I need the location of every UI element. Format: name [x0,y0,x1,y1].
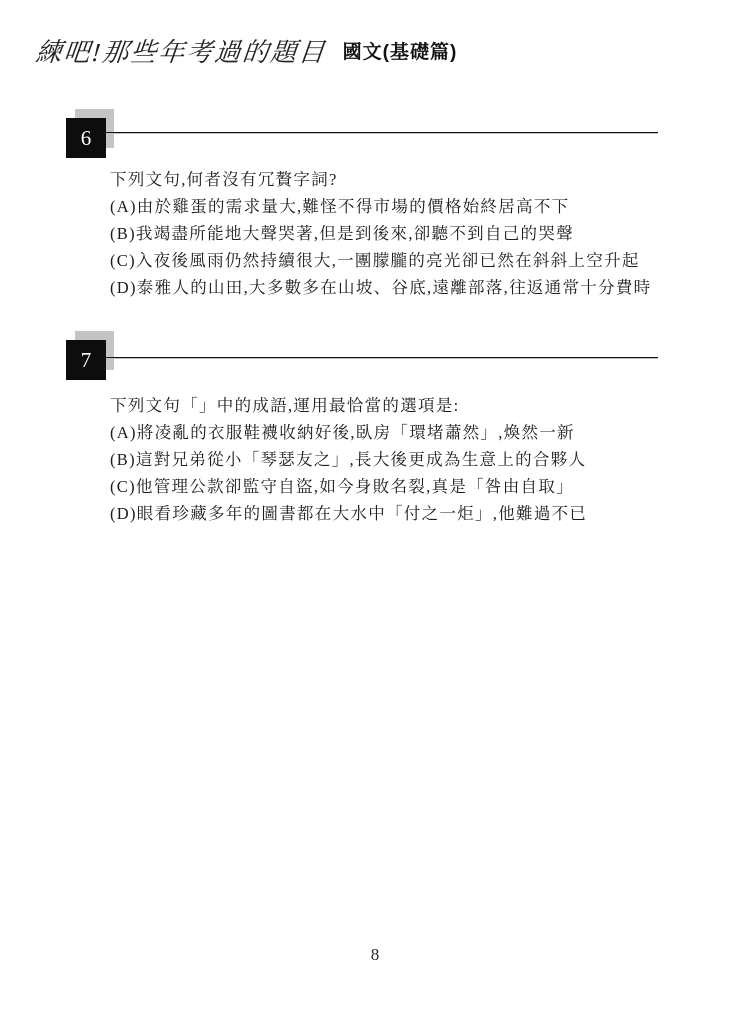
question-6-badge: 6 [66,109,118,161]
question-number: 6 [66,118,106,158]
option-a: (A)由於雞蛋的需求量大,難怪不得市場的價格始終居高不下 [110,193,690,220]
question-prompt: 下列文句「」中的成語,運用最恰當的選項是: [110,392,690,419]
question-prompt: 下列文句,何者沒有冗贅字詞? [110,166,690,193]
section-rule [106,132,658,134]
option-b: (B)這對兄弟從小「琴瑟友之」,長大後更成為生意上的合夥人 [110,446,690,473]
option-b: (B)我竭盡所能地大聲哭著,但是到後來,卻聽不到自己的哭聲 [110,220,690,247]
handwritten-title: 練吧!那些年考過的題目 [34,32,329,69]
option-a: (A)將凌亂的衣服鞋襪收納好後,臥房「環堵蕭然」,煥然一新 [110,419,690,446]
option-d: (D)眼看珍藏多年的圖書都在大水中「付之一炬」,他難過不已 [110,500,690,527]
section-rule [106,357,658,359]
question-6-block: 下列文句,何者沒有冗贅字詞? (A)由於雞蛋的需求量大,難怪不得市場的價格始終居… [110,166,690,301]
option-c: (C)入夜後風雨仍然持續很大,一團朦朧的亮光卻已然在斜斜上空升起 [110,247,690,274]
option-d: (D)泰雅人的山田,大多數多在山坡、谷底,遠離部落,往返通常十分費時 [110,274,690,301]
subject-label: 國文(基礎篇) [343,37,458,64]
page-header: 練吧!那些年考過的題目 國文(基礎篇) [36,32,457,69]
page-number: 8 [0,945,750,965]
question-7-block: 下列文句「」中的成語,運用最恰當的選項是: (A)將凌亂的衣服鞋襪收納好後,臥房… [110,392,690,527]
option-c: (C)他管理公款卻監守自盜,如今身敗名裂,真是「咎由自取」 [110,473,690,500]
question-number: 7 [66,340,106,380]
document-page: 練吧!那些年考過的題目 國文(基礎篇) 6 下列文句,何者沒有冗贅字詞? (A)… [0,0,750,1015]
